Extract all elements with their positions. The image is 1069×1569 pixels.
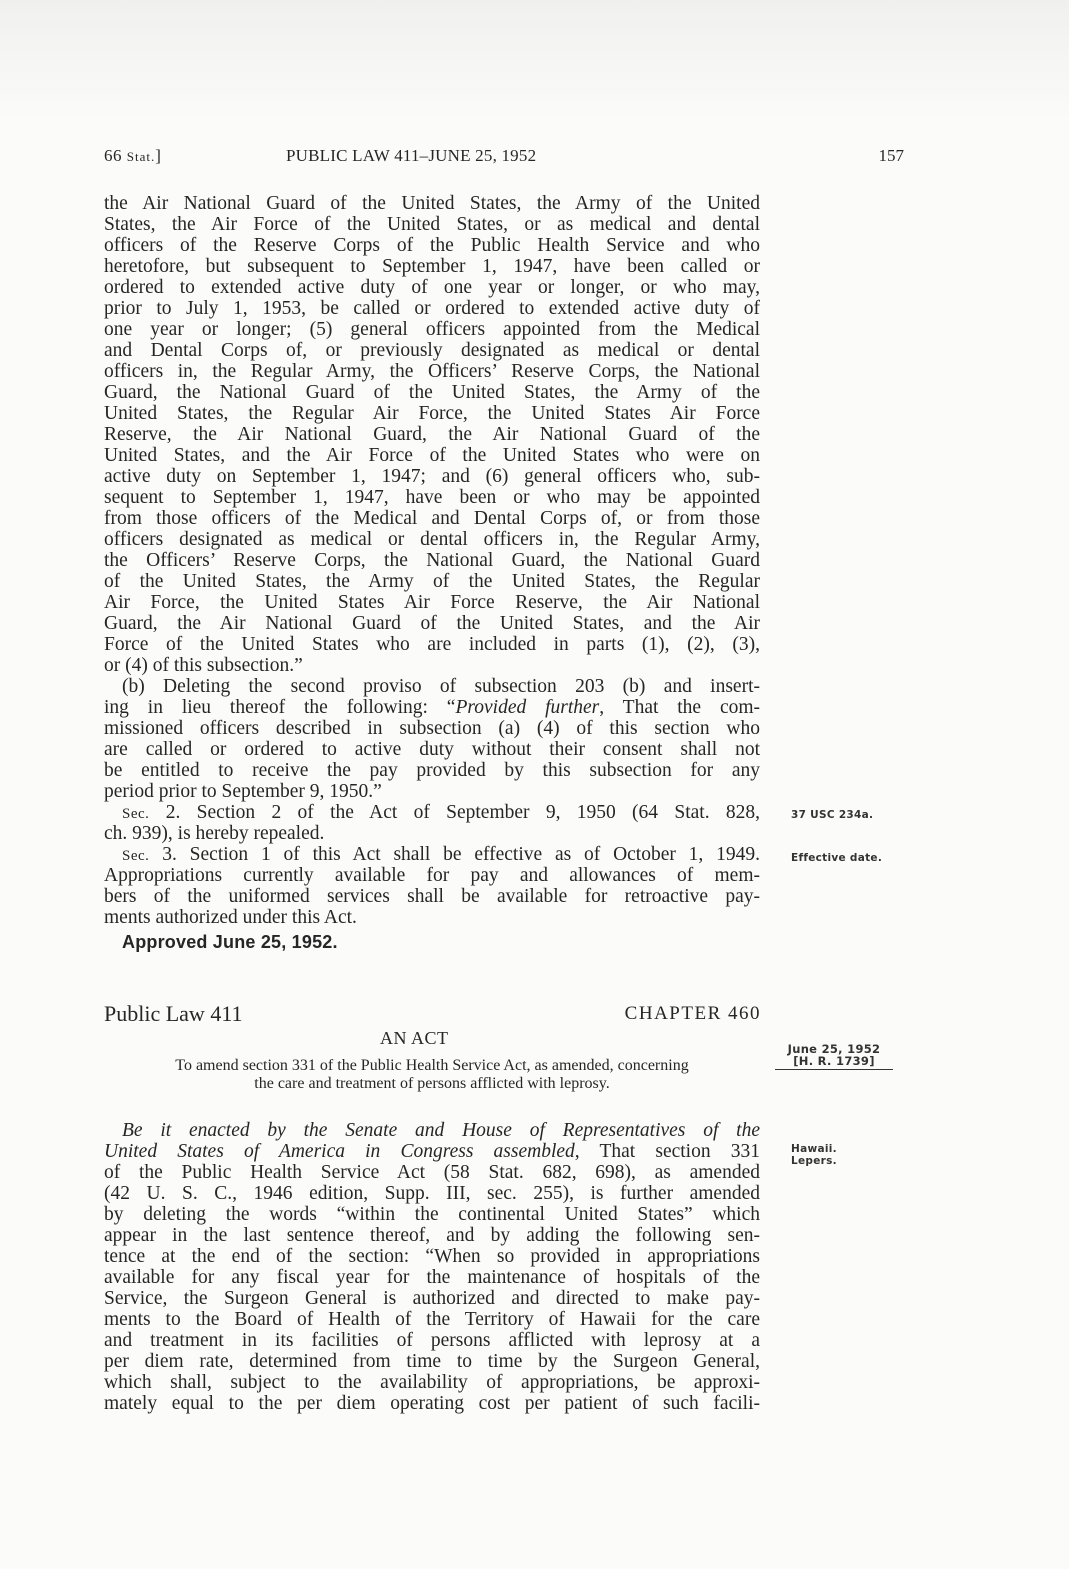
text-line: officers designated as medical or dental… [104,529,760,550]
text-line: mately equal to the per diem operating c… [104,1393,760,1414]
text-line: sequent to September 1, 1947, have been … [104,487,760,508]
approval-line: Approved June 25, 1952. [122,932,338,953]
section-label: Sec. [122,806,149,822]
public-law-heading: Public Law 411 [104,1001,243,1027]
text-line: and Dental Corps of, or previously desig… [104,340,760,361]
margin-note-enactment: June 25, 1952 [H. R. 1739] [775,1043,893,1070]
text-line: appear in the last sentence thereof, and… [104,1225,760,1246]
text-line: the Air National Guard of the United Sta… [104,193,760,214]
text-line: tence at the end of the section: “When s… [104,1246,760,1267]
text-line: United States of America in Congress ass… [104,1141,760,1162]
text-line: States, the Air Force of the United Stat… [104,214,760,235]
text-line: Guard, the Air National Guard of the Uni… [104,613,760,634]
volume-citation: 66 Stat.] [104,146,161,166]
section-label: Sec. [122,848,149,864]
text-line: ing in lieu thereof the following: “Prov… [104,697,760,718]
margin-note-topics: Hawaii. Lepers. [791,1143,837,1167]
text-line: or (4) of this subsection.” [104,655,760,676]
margin-note-effective-date: Effective date. [791,852,882,864]
text-line: be entitled to receive the pay provided … [104,760,760,781]
an-act-heading: AN ACT [380,1028,449,1049]
text-line: available for any fiscal year for the ma… [104,1267,760,1288]
text-line: are called or ordered to active duty wit… [104,739,760,760]
text-line: Service, the Surgeon General is authoriz… [104,1288,760,1309]
text-line: by deleting the words “within the contin… [104,1204,760,1225]
text-line: officers in, the Regular Army, the Offic… [104,361,760,382]
act-purpose-line: To amend section 331 of the Public Healt… [104,1057,760,1075]
text-line: and treatment in its facilities of perso… [104,1330,760,1351]
text-line: (42 U. S. C., 1946 edition, Supp. III, s… [104,1183,760,1204]
text-line: of the Public Health Service Act (58 Sta… [104,1162,760,1183]
text-line: Appropriations currently available for p… [104,865,760,886]
text-line: Sec. 2. Section 2 of the Act of Septembe… [122,802,760,823]
page-number: 157 [879,146,905,166]
topic-lepers: Lepers. [791,1155,837,1167]
running-header: 66 Stat.] PUBLIC LAW 411–JUNE 25, 1952 1… [104,146,904,170]
text-line: from those officers of the Medical and D… [104,508,760,529]
text-line: one year or longer; (5) general officers… [104,319,760,340]
text-line: heretofore, but subsequent to September … [104,256,760,277]
text-line: ments authorized under this Act. [104,907,760,928]
text-line: per diem rate, determined from time to t… [104,1351,760,1372]
text-line: Reserve, the Air National Guard, the Air… [104,424,760,445]
text-line: Force of the United States who are inclu… [104,634,760,655]
text-line: active duty on September 1, 1947; and (6… [104,466,760,487]
text-line: United States, the Regular Air Force, th… [104,403,760,424]
text-line: bers of the uniformed services shall be … [104,886,760,907]
text-line: ordered to extended active duty of one y… [104,277,760,298]
text-line: ch. 939), is hereby repealed. [104,823,760,844]
text-line: of the United States, the Army of the Un… [104,571,760,592]
text-line: prior to July 1, 1953, be called or orde… [104,298,760,319]
chapter-heading: CHAPTER 460 [625,1003,761,1025]
text-line: Air Force, the United States Air Force R… [104,592,760,613]
text-line: United States, and the Air Force of the … [104,445,760,466]
bill-number: [H. R. 1739] [775,1055,893,1067]
text-line: ments to the Board of Health of the Terr… [104,1309,760,1330]
text-line: (b) Deleting the second proviso of subse… [122,676,760,697]
text-line: Be it enacted by the Senate and House of… [122,1120,760,1141]
act-purpose-line: the care and treatment of persons afflic… [104,1075,760,1093]
text-line: Sec. 3. Section 1 of this Act shall be e… [122,844,760,865]
text-line: which shall, subject to the availability… [104,1372,760,1393]
text-line: Guard, the National Guard of the United … [104,382,760,403]
running-title: PUBLIC LAW 411–JUNE 25, 1952 [286,146,536,166]
topic-hawaii: Hawaii. [791,1143,837,1155]
margin-note-usc-citation: 37 USC 234a. [791,809,873,821]
text-line: the Officers’ Reserve Corps, the Nationa… [104,550,760,571]
text-line: missioned officers described in subsecti… [104,718,760,739]
statute-page: 66 Stat.] PUBLIC LAW 411–JUNE 25, 1952 1… [0,0,1069,1569]
text-line: period prior to September 9, 1950.” [104,781,760,802]
italic-phrase: Provided further [455,697,599,718]
text-line: officers of the Reserve Corps of the Pub… [104,235,760,256]
